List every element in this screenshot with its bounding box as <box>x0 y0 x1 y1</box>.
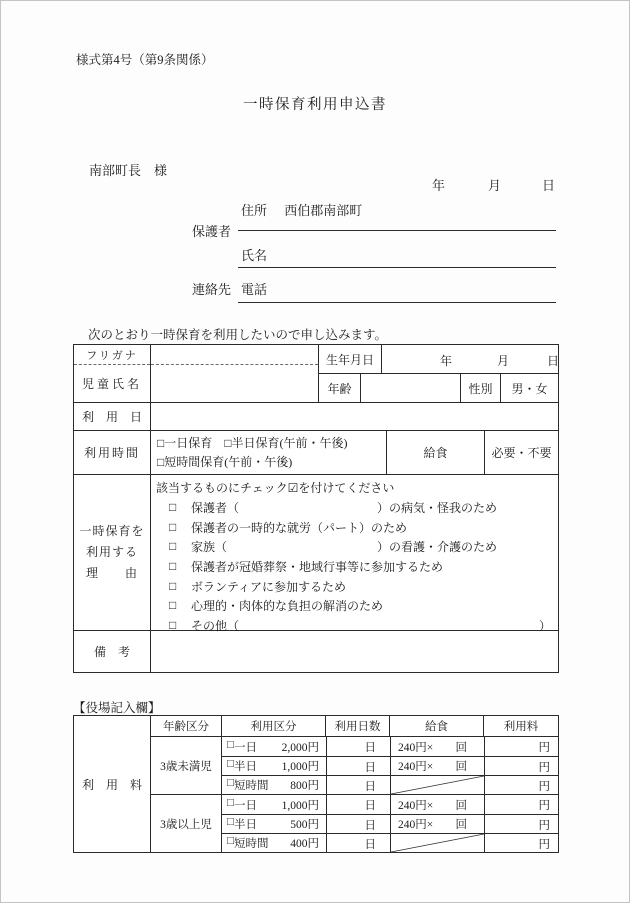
checkbox-icon[interactable]: □ <box>227 835 234 851</box>
application-table: フリガナ 児童氏名 生年月日 年 月 日 年齢 <box>73 344 559 673</box>
address-value: 西伯郡南部町 <box>284 203 362 218</box>
use-date-row: 利 用 日 <box>74 402 558 430</box>
table-row: □半日 500円 日 240円× 回 円 <box>222 814 558 833</box>
checkbox-icon[interactable]: □ <box>227 777 234 793</box>
checkbox-icon[interactable]: □ <box>169 598 182 613</box>
checkbox-icon[interactable]: □ <box>169 500 182 515</box>
birth-year-label: 年 <box>440 352 452 369</box>
days-unit: 日 <box>326 776 390 794</box>
reason-item-family-care: □ 家族（ ）の看護・介護のため <box>156 537 558 557</box>
address-label: 住所 <box>241 203 267 218</box>
lunch-cell: 240円× 回 <box>390 757 484 775</box>
checkbox-icon[interactable]: □ <box>169 579 182 594</box>
header-category: 利用区分 <box>221 716 325 736</box>
table-row: □一日 1,000円 日 240円× 回 円 <box>222 795 558 814</box>
use-time-options: □一日保育 □半日保育(午前・午後) □短時間保育(午前・午後) <box>150 431 386 474</box>
age-input-area <box>360 374 460 402</box>
form-number: 様式第4号（第9条関係） <box>76 50 214 68</box>
reason-item-volunteer: □ ボランティアに参加するため <box>156 576 558 596</box>
checkbox-icon[interactable]: □ <box>157 434 164 453</box>
fee-unit: 円 <box>484 795 558 814</box>
option-short-time[interactable]: □短時間保育(午前・午後) <box>157 453 292 472</box>
checkbox-icon[interactable]: □ <box>169 520 182 535</box>
lunch-cell: 240円× 回 <box>390 795 484 814</box>
price: 500円 <box>290 816 319 832</box>
page-title: 一時保育利用申込書 <box>1 93 629 114</box>
lunch-cell: 240円× 回 <box>390 737 484 756</box>
diagonal-line <box>391 834 484 852</box>
sex-label: 性別 <box>460 374 500 402</box>
lunch-label: 給食 <box>386 431 484 474</box>
price: 1,000円 <box>282 797 319 813</box>
use-time-label: 利用時間 <box>74 431 150 474</box>
child-info-band: フリガナ 児童氏名 生年月日 年 月 日 年齢 <box>74 345 558 402</box>
birth-month-label: 月 <box>497 352 509 369</box>
checkbox-icon[interactable]: □ <box>224 434 231 453</box>
guardian-label: 保護者 <box>192 221 231 240</box>
header-lunch: 給食 <box>389 716 483 736</box>
reason-item-ceremony: □ 保護者が冠婚葬祭・地域行事等に参加するため <box>156 557 558 577</box>
header-days: 利用日数 <box>325 716 389 736</box>
fee-unit: 円 <box>484 776 558 794</box>
notes-row: 備 考 <box>74 630 558 672</box>
lunch-cell: 240円× 回 <box>390 815 484 833</box>
furigana-input-area <box>151 345 318 365</box>
checkbox-icon[interactable]: □ <box>227 758 234 774</box>
header-fee: 利用料 <box>483 716 558 736</box>
lunch-cell-crossed <box>390 834 484 852</box>
table-row: □半日 1,000円 日 240円× 回 円 <box>222 756 558 775</box>
table-row: □短時間 400円 日 円 <box>222 833 558 852</box>
age-group-over3: 3歳以上児 □一日 1,000円 日 240円× 回 円 <box>151 794 558 852</box>
office-table: 利 用 料 年齢区分 利用区分 利用日数 給食 利用料 3歳未満児 □一日 2,… <box>73 715 559 853</box>
name-underline <box>238 267 556 268</box>
address-row: 住所 西伯郡南部町 <box>241 200 362 219</box>
phone-underline <box>238 302 556 303</box>
date-month-label: 月 <box>488 175 501 194</box>
checkbox-icon[interactable]: □ <box>169 539 182 554</box>
table-row: □一日 2,000円 日 240円× 回 円 <box>222 737 558 756</box>
table-row: □短時間 800円 日 円 <box>222 775 558 794</box>
fee-label: 利 用 料 <box>74 716 150 852</box>
lunch-value: 必要・不要 <box>484 431 558 474</box>
application-form-page: 様式第4号（第9条関係） 一時保育利用申込書 南部町長 様 年 月 日 住所 西… <box>0 0 630 903</box>
child-name-label: 児童氏名 <box>74 365 150 402</box>
checkbox-icon[interactable]: □ <box>227 739 234 755</box>
diagonal-line <box>391 776 484 794</box>
phone-label: 電話 <box>241 279 267 298</box>
name-label: 氏名 <box>241 245 267 264</box>
fee-unit: 円 <box>484 834 558 852</box>
address-underline <box>238 230 556 231</box>
contact-label: 連絡先 <box>192 279 231 298</box>
intro-sentence: 次のとおり一時保育を利用したいので申し込みます。 <box>88 325 387 343</box>
reason-item-burden-relief: □ 心理的・肉体的な負担の解消のため <box>156 596 558 616</box>
reason-label-line1: 一時保育を <box>79 521 144 542</box>
days-unit: 日 <box>326 757 390 775</box>
price: 2,000円 <box>282 739 319 755</box>
reason-item-sickness: □ 保護者（ ）の病気・怪我のため <box>156 498 558 518</box>
office-section-title: 【役場記入欄】 <box>73 698 161 716</box>
price: 400円 <box>290 835 319 851</box>
checkbox-icon[interactable]: □ <box>169 559 182 574</box>
birthdate-label: 生年月日 <box>319 345 381 373</box>
days-unit: 日 <box>326 795 390 814</box>
option-half-day[interactable]: □半日保育(午前・午後) <box>224 434 347 453</box>
office-table-header: 年齢区分 利用区分 利用日数 給食 利用料 <box>151 716 558 737</box>
option-full-day[interactable]: □一日保育 <box>157 434 212 453</box>
fee-unit: 円 <box>484 737 558 756</box>
age-group-under3: 3歳未満児 □一日 2,000円 日 240円× 回 円 <box>151 737 558 794</box>
lunch-cell-crossed <box>390 776 484 794</box>
use-time-row: 利用時間 □一日保育 □半日保育(午前・午後) □短時間保育(午前・午後) 給食 <box>74 430 558 474</box>
header-age-group: 年齢区分 <box>151 716 221 736</box>
reason-row: 一時保育を 利用する 理 由 該当するものにチェック☑を付けてください □ 保護… <box>74 474 558 630</box>
checkbox-icon[interactable]: □ <box>227 816 234 832</box>
reason-item-work: □ 保護者の一時的な就労（パート）のため <box>156 518 558 538</box>
days-unit: 日 <box>326 834 390 852</box>
date-line: 年 月 日 <box>1 175 629 191</box>
child-name-input-area <box>151 365 318 402</box>
price: 800円 <box>290 777 319 793</box>
age-label: 年齢 <box>319 374 360 402</box>
use-date-input-area <box>150 403 558 430</box>
price: 1,000円 <box>282 758 319 774</box>
age-group-label: 3歳以上児 <box>151 795 221 852</box>
reason-label-line3: 理 由 <box>86 563 138 584</box>
date-day-label: 日 <box>542 175 555 194</box>
sex-value: 男・女 <box>500 374 558 402</box>
notes-input-area <box>150 631 558 672</box>
use-date-label: 利 用 日 <box>74 403 150 430</box>
birth-day-label: 日 <box>547 352 559 369</box>
furigana-label: フリガナ <box>74 345 150 365</box>
reason-label-line2: 利用する <box>86 542 138 563</box>
fee-unit: 円 <box>484 757 558 775</box>
birthdate-input-area: 年 月 日 <box>381 345 558 373</box>
reason-instruction: 該当するものにチェック☑を付けてください <box>156 479 558 498</box>
date-year-label: 年 <box>432 175 445 194</box>
checkbox-icon[interactable]: □ <box>227 797 234 813</box>
days-unit: 日 <box>326 737 390 756</box>
checkbox-icon[interactable]: □ <box>157 453 164 472</box>
age-group-label: 3歳未満児 <box>151 737 221 794</box>
days-unit: 日 <box>326 815 390 833</box>
fee-unit: 円 <box>484 815 558 833</box>
notes-label: 備 考 <box>74 631 150 672</box>
